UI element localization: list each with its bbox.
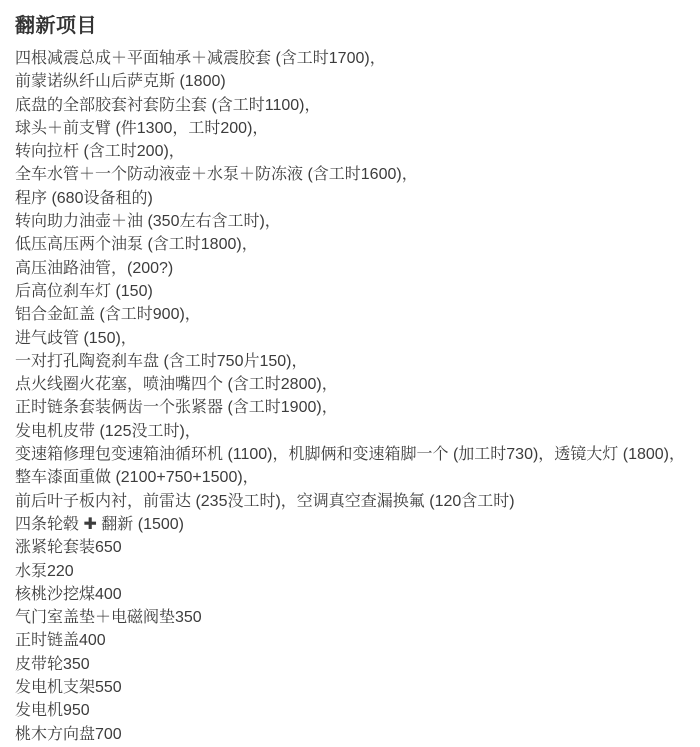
list-item: 变速箱修理包变速箱油循环机 (1100)，机脚俩和变速箱脚一个 (加工时730)… <box>15 443 685 466</box>
list-item: 前蒙诺纵纤山后萨克斯 (1800) <box>15 70 685 93</box>
list-item: 正时链盖400 <box>15 629 685 652</box>
list-item: 球头＋前支臂 (件1300，工时200)， <box>15 117 685 140</box>
list-item: 低压高压两个油泵 (含工时1800)， <box>15 233 685 256</box>
list-item: 四条轮毂 ✚ 翻新 (1500) <box>15 513 685 536</box>
list-item: 全车水管＋一个防动液壶＋水泵＋防冻液 (含工时1600)， <box>15 163 685 186</box>
list-item: 水泵220 <box>15 560 685 583</box>
list-item: 一对打孔陶瓷刹车盘 (含工时750片150)， <box>15 350 685 373</box>
item-list: 四根减震总成＋平面轴承＋减震胶套 (含工时1700)，前蒙诺纵纤山后萨克斯 (1… <box>15 47 685 746</box>
list-item: 皮带轮350 <box>15 653 685 676</box>
list-item: 核桃沙挖煤400 <box>15 583 685 606</box>
list-item: 前后叶子板内衬，前雷达 (235没工时)，空调真空查漏换氟 (120含工时) <box>15 490 685 513</box>
list-item: 进气歧管 (150)， <box>15 327 685 350</box>
list-item: 底盘的全部胶套衬套防尘套 (含工时1100)， <box>15 94 685 117</box>
list-item: 涨紧轮套装650 <box>15 536 685 559</box>
list-item: 铝合金缸盖 (含工时900)， <box>15 303 685 326</box>
list-item: 转向助力油壶＋油 (350左右含工时)， <box>15 210 685 233</box>
page-title: 翻新项目 <box>15 13 685 40</box>
list-item: 发电机950 <box>15 699 685 722</box>
list-item: 高压油路油管，(200?) <box>15 257 685 280</box>
list-item: 点火线圈火花塞，喷油嘴四个 (含工时2800)， <box>15 373 685 396</box>
list-item: 气门室盖垫＋电磁阀垫350 <box>15 606 685 629</box>
list-item: 转向拉杆 (含工时200)， <box>15 140 685 163</box>
list-item: 四根减震总成＋平面轴承＋减震胶套 (含工时1700)， <box>15 47 685 70</box>
list-item: 整车漆面重做 (2100+750+1500)， <box>15 466 685 489</box>
refurbishment-note: 翻新项目 四根减震总成＋平面轴承＋减震胶套 (含工时1700)，前蒙诺纵纤山后萨… <box>0 0 700 747</box>
list-item: 后高位刹车灯 (150) <box>15 280 685 303</box>
list-item: 程序 (680设备租的) <box>15 187 685 210</box>
list-item: 桃木方向盘700 <box>15 723 685 746</box>
list-item: 发电机皮带 (125没工时)， <box>15 420 685 443</box>
list-item: 发电机支架550 <box>15 676 685 699</box>
list-item: 正时链条套装俩齿一个张紧器 (含工时1900)， <box>15 396 685 419</box>
